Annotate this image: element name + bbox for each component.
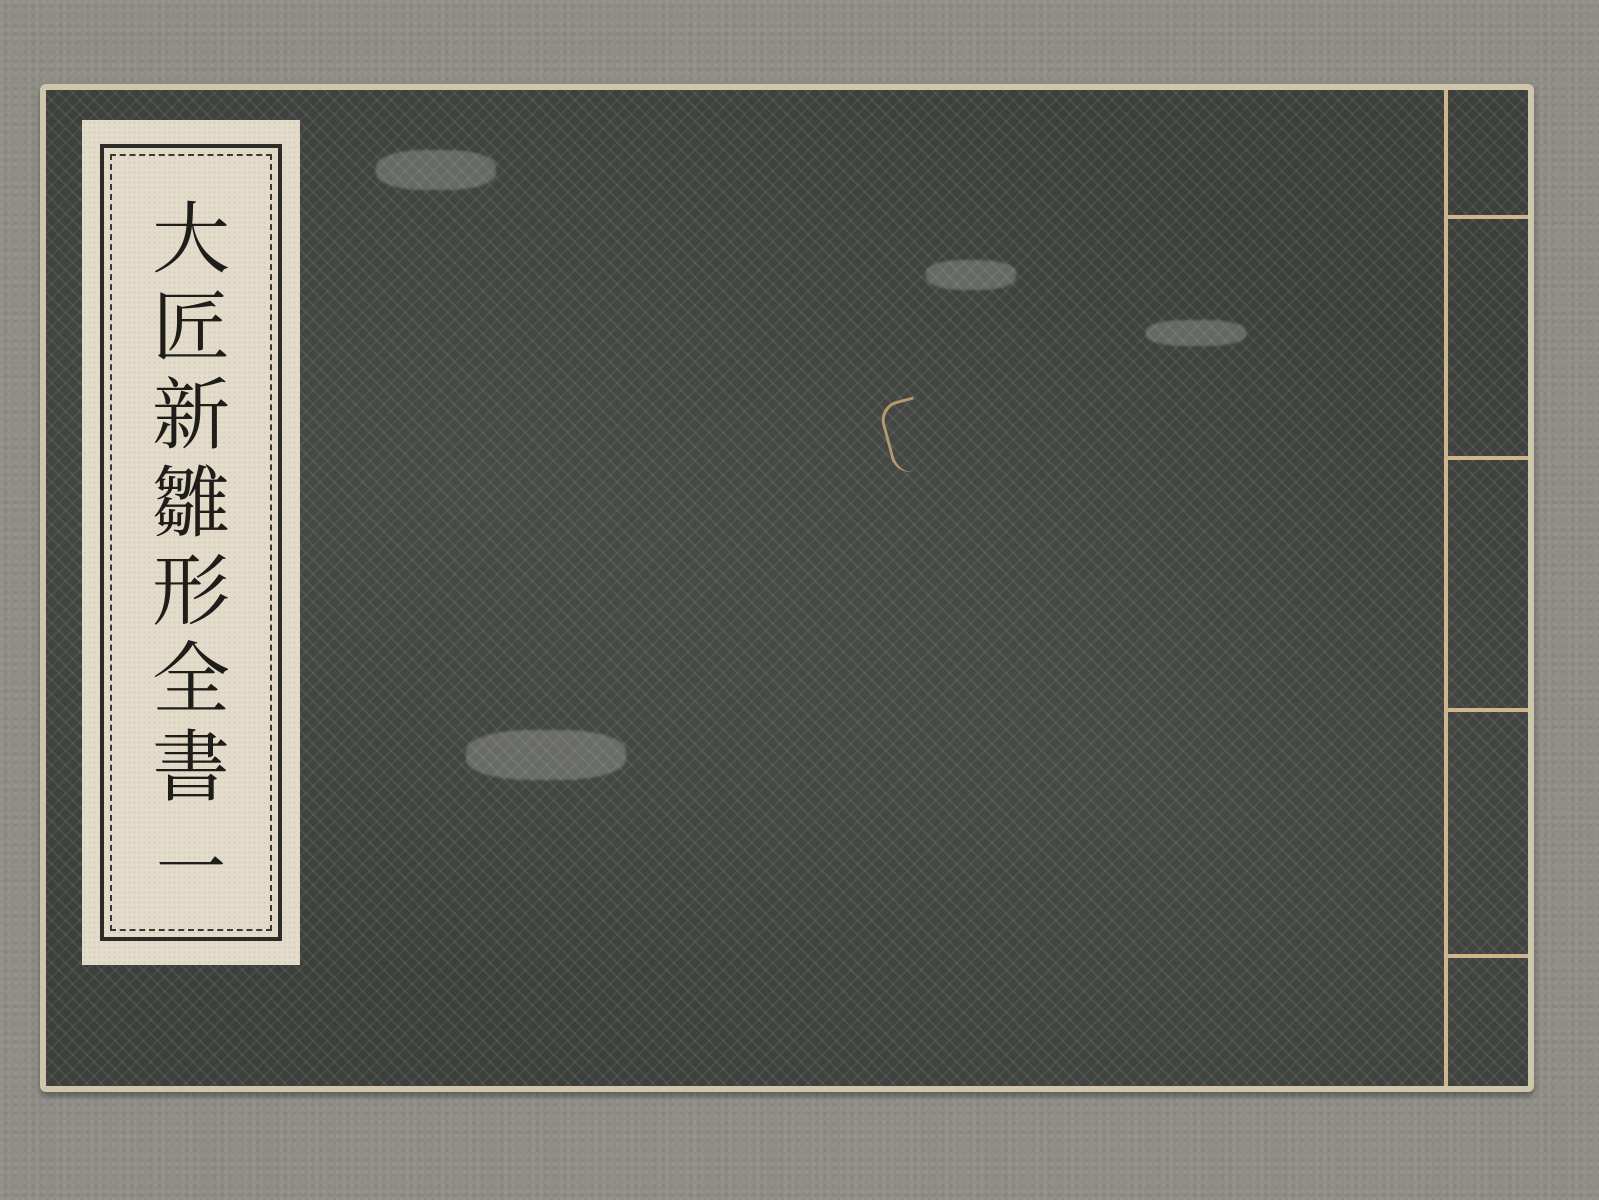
book-cover: 大 匠 新 雛 形 全 書 一 — [40, 84, 1534, 1092]
binding-stitch — [1444, 215, 1528, 219]
binding-stitch — [1444, 456, 1528, 460]
title-char: 形 — [152, 548, 230, 636]
title-char: 全 — [152, 636, 230, 724]
title-char: 雛 — [152, 460, 230, 548]
label-inner-frame: 大 匠 新 雛 形 全 書 一 — [110, 154, 272, 931]
title-char: 匠 — [152, 284, 230, 372]
wear-mark — [926, 260, 1016, 290]
wear-mark — [1146, 320, 1246, 346]
binding-stitch — [1444, 708, 1528, 712]
title-char: 書 — [152, 724, 230, 812]
title-label: 大 匠 新 雛 形 全 書 一 — [82, 120, 300, 965]
binding-stitch — [1444, 954, 1528, 958]
binding-thread — [1444, 90, 1448, 1086]
volume-number: 一 — [156, 812, 226, 913]
title-char: 大 — [152, 196, 230, 284]
title-char: 新 — [152, 372, 230, 460]
label-frame: 大 匠 新 雛 形 全 書 一 — [100, 144, 282, 941]
wear-mark — [376, 150, 496, 190]
wear-mark — [466, 730, 626, 780]
